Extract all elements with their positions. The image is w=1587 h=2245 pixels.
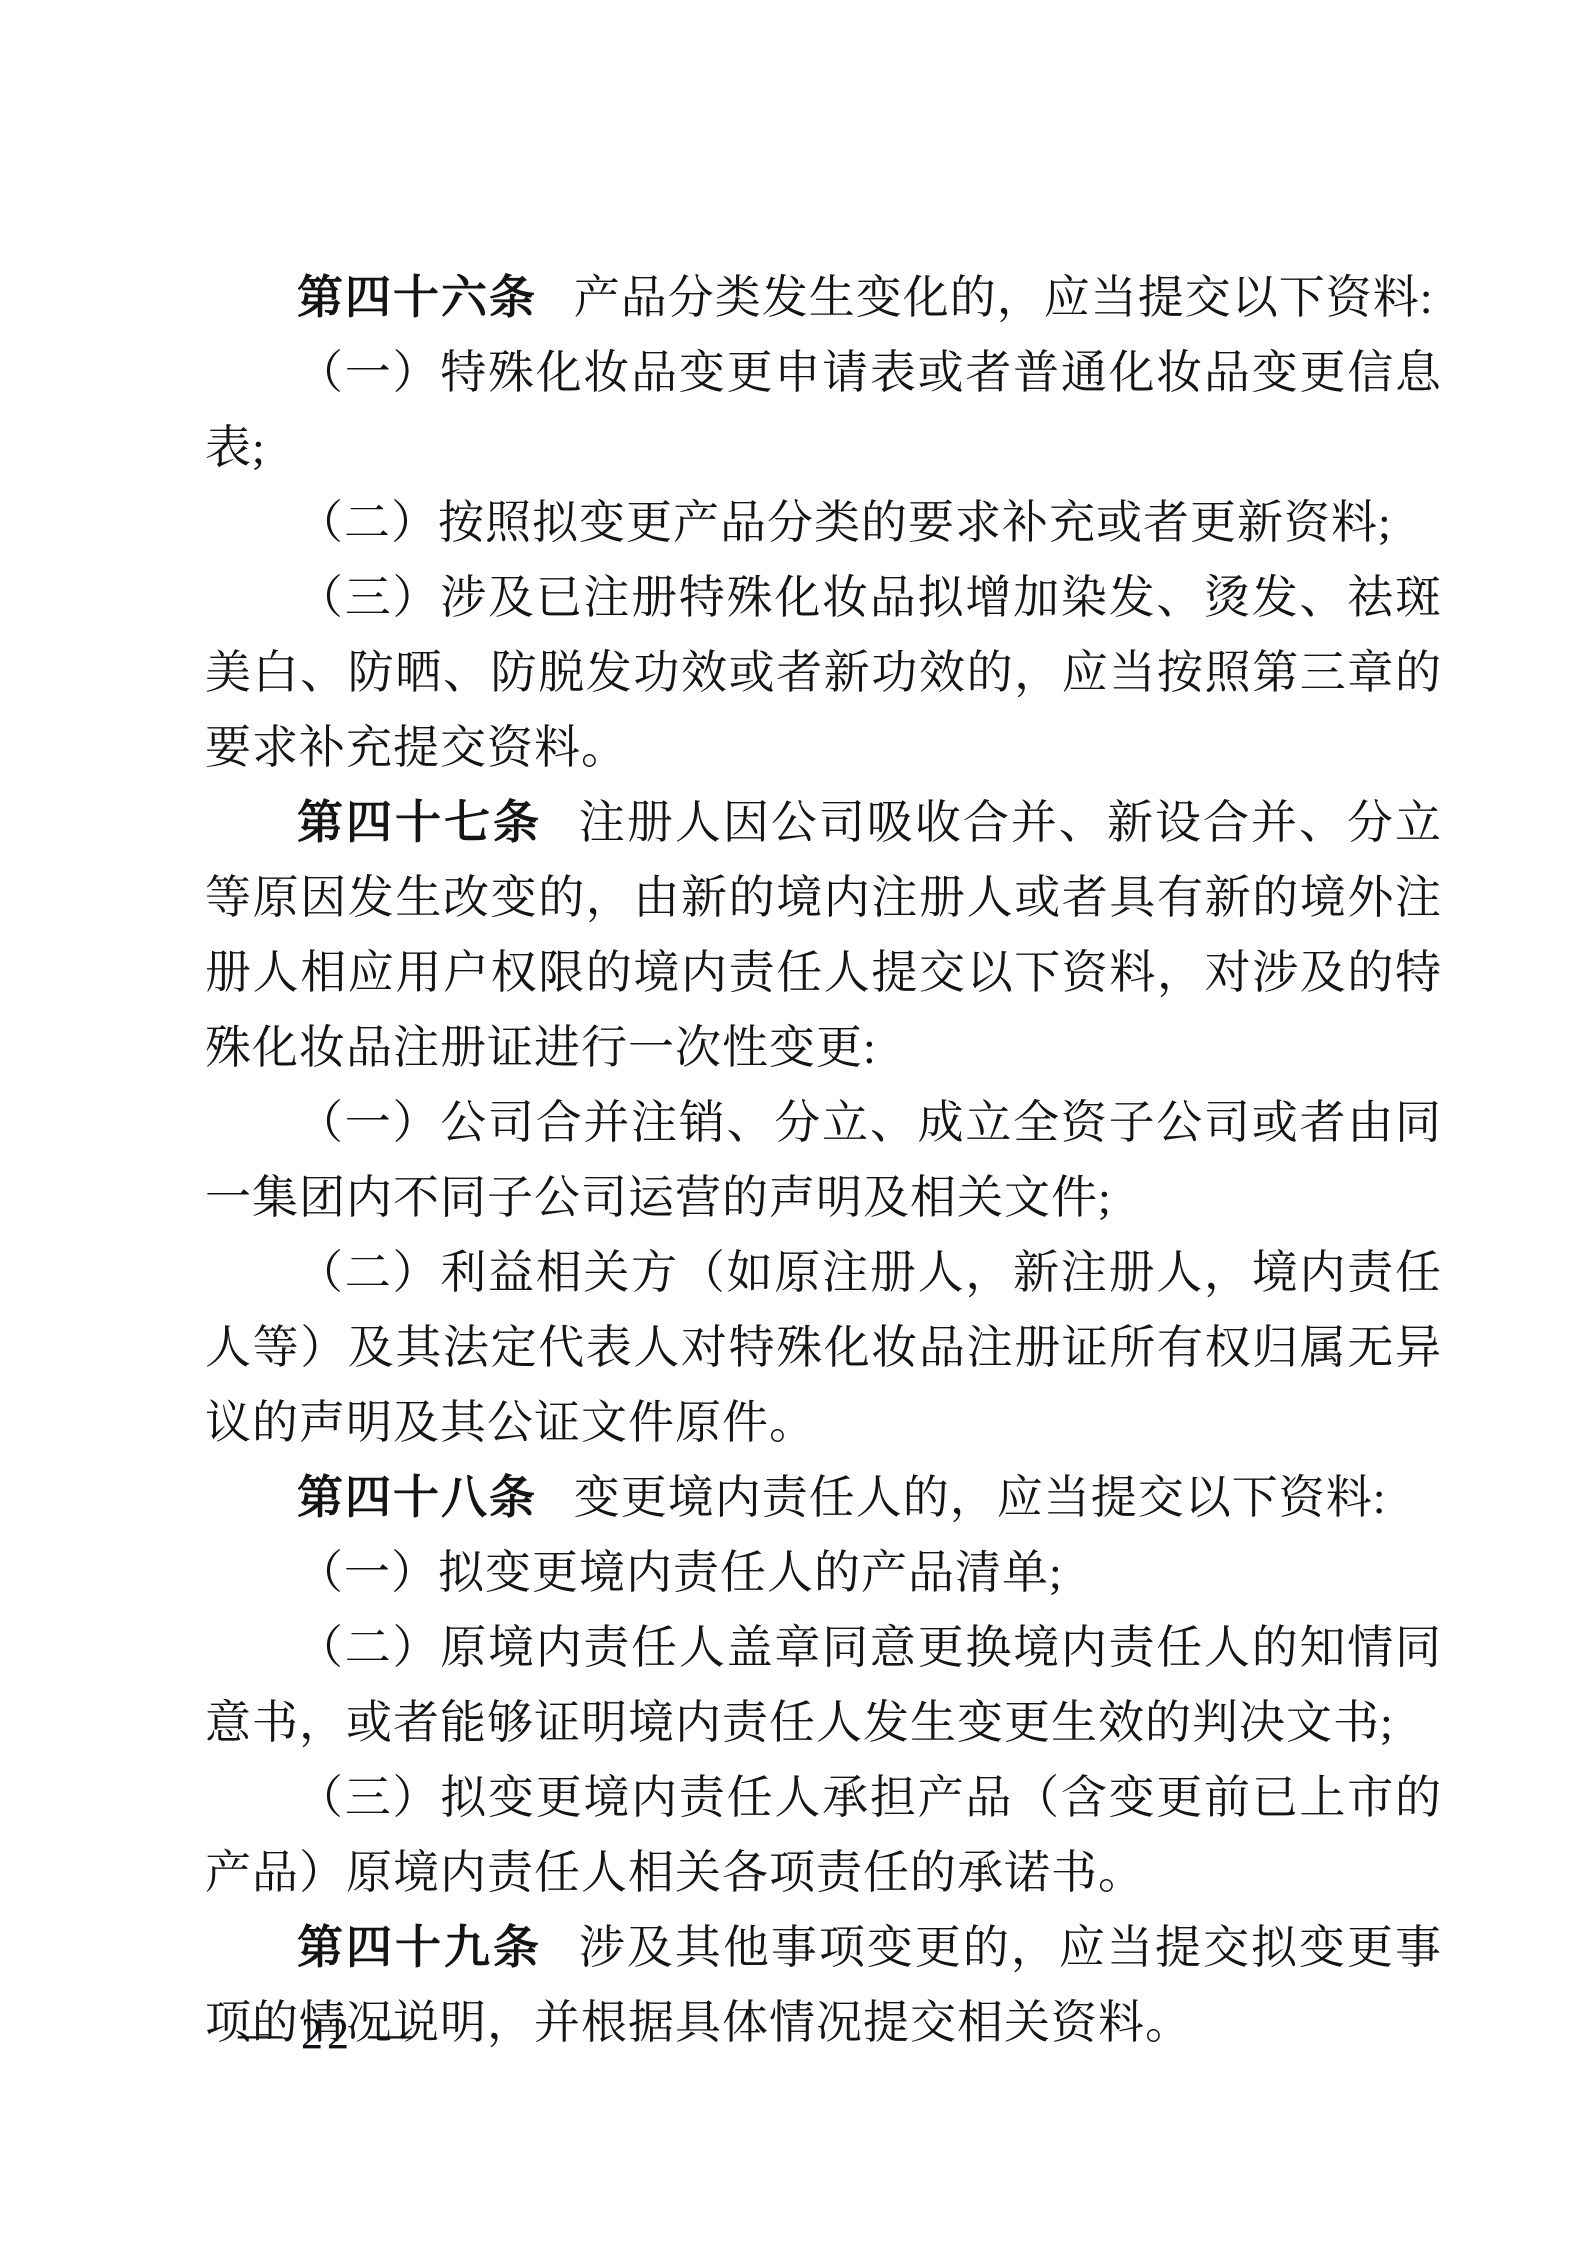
article-paragraph: 第四十八条变更境内责任人的，应当提交以下资料:: [205, 1460, 1442, 1535]
paragraph-text: （一）公司合并注销、分立、成立全资子公司或者由同一集团内不同子公司运营的声明及相…: [205, 1097, 1442, 1223]
page-number: — 22 —: [238, 2008, 416, 2060]
article-number: 第四十八条: [297, 1471, 537, 1523]
paragraph-text: 产品分类发生变化的，应当提交以下资料:: [574, 272, 1434, 323]
list-item-paragraph: （一）拟变更境内责任人的产品清单;: [205, 1535, 1442, 1610]
list-item-paragraph: （三）涉及已注册特殊化妆品拟增加染发、烫发、祛斑美白、防晒、防脱发功效或者新功效…: [205, 560, 1442, 785]
paragraph-text: 变更境内责任人的，应当提交以下资料:: [574, 1472, 1387, 1523]
document-page: 第四十六条产品分类发生变化的，应当提交以下资料:（一）特殊化妆品变更申请表或者普…: [0, 0, 1587, 2245]
list-item-paragraph: （二）按照拟变更产品分类的要求补充或者更新资料;: [205, 485, 1442, 560]
paragraph-text: （一）拟变更境内责任人的产品清单;: [297, 1547, 1063, 1598]
list-item-paragraph: （二）原境内责任人盖章同意更换境内责任人的知情同意书，或者能够证明境内责任人发生…: [205, 1610, 1442, 1760]
paragraph-text: （三）拟变更境内责任人承担产品（含变更前已上市的产品）原境内责任人相关各项责任的…: [205, 1772, 1442, 1898]
list-item-paragraph: （一）公司合并注销、分立、成立全资子公司或者由同一集团内不同子公司运营的声明及相…: [205, 1085, 1442, 1235]
paragraph-text: （三）涉及已注册特殊化妆品拟增加染发、烫发、祛斑美白、防晒、防脱发功效或者新功效…: [205, 572, 1442, 773]
paragraph-text: （二）利益相关方（如原注册人，新注册人，境内责任人等）及其法定代表人对特殊化妆品…: [205, 1247, 1442, 1448]
list-item-paragraph: （一）特殊化妆品变更申请表或者普通化妆品变更信息表;: [205, 335, 1442, 485]
article-number: 第四十六条: [297, 271, 537, 323]
article-number: 第四十七条: [297, 796, 542, 848]
document-body: 第四十六条产品分类发生变化的，应当提交以下资料:（一）特殊化妆品变更申请表或者普…: [205, 260, 1442, 2060]
list-item-paragraph: （三）拟变更境内责任人承担产品（含变更前已上市的产品）原境内责任人相关各项责任的…: [205, 1760, 1442, 1910]
article-paragraph: 第四十七条注册人因公司吸收合并、新设合并、分立等原因发生改变的，由新的境内注册人…: [205, 785, 1442, 1085]
paragraph-text: （二）原境内责任人盖章同意更换境内责任人的知情同意书，或者能够证明境内责任人发生…: [205, 1622, 1442, 1748]
paragraph-text: （二）按照拟变更产品分类的要求补充或者更新资料;: [297, 497, 1392, 548]
article-paragraph: 第四十六条产品分类发生变化的，应当提交以下资料:: [205, 260, 1442, 335]
article-number: 第四十九条: [297, 1921, 542, 1973]
paragraph-text: （一）特殊化妆品变更申请表或者普通化妆品变更信息表;: [205, 347, 1442, 473]
list-item-paragraph: （二）利益相关方（如原注册人，新注册人，境内责任人等）及其法定代表人对特殊化妆品…: [205, 1235, 1442, 1460]
